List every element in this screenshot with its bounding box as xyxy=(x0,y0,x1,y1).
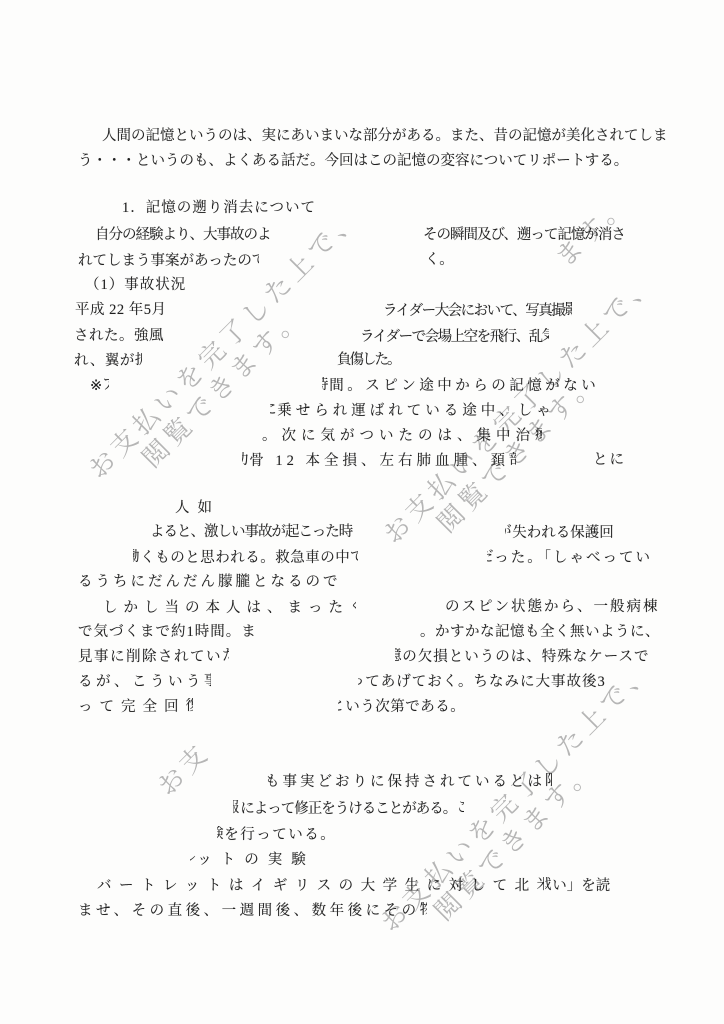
text-line-segment: しかし当の本人は、まったく xyxy=(103,599,356,617)
text-line-segment: 。次に気がついたのは、集中治療 xyxy=(262,427,542,445)
text-line-segment: 報によって修正をうけることがある。こ xyxy=(233,800,464,818)
text-line-segment: 見事に削除されていた xyxy=(78,648,229,666)
text-line-segment: ライダー大会において、写真撮影 xyxy=(383,302,572,320)
text-line-segment: で気づくまで約1時間。ま xyxy=(78,624,257,641)
clipped-character: 時 xyxy=(322,377,329,394)
clipped-character: ア xyxy=(102,377,109,394)
text-line-segment: 肋骨 12 本全損、左右肺血腫、頚部 xyxy=(242,452,516,470)
text-line-segment: 平成 22 年5月 xyxy=(75,302,167,319)
clipped-character: レ xyxy=(190,851,197,868)
text-line-segment: ってあげておく。ちなみに大事故後3 xyxy=(358,673,606,691)
watermark-text: お支 xyxy=(152,737,217,802)
clipped-character: っ xyxy=(358,673,365,690)
text-line-segment: 働くものと思われる。救急車の中で xyxy=(133,549,358,567)
document-page: お支払いを完了した上で、閲覧できます。お支払いを完了した上で、閲覧できます。ます… xyxy=(0,0,724,1024)
clipped-character: た xyxy=(222,648,229,665)
clipped-character: 復 xyxy=(186,698,193,715)
clipped-character: 事 xyxy=(204,673,211,690)
text-line-segment: るが、こういう事 xyxy=(78,673,211,691)
clipped-character: 験 xyxy=(217,826,224,843)
clipped-character: く xyxy=(349,599,356,616)
text-line-segment: ませ、その直後、一週間後、数年後にその物 xyxy=(78,902,427,920)
clipped-character: 報 xyxy=(233,800,240,817)
text-line-segment: に乗せられ運ばれている途中、しゃ xyxy=(270,402,555,420)
clipped-character: 気 xyxy=(542,328,549,345)
clipped-character: で xyxy=(350,549,357,566)
text-line-segment: 人間の記憶というのは、実にあいまいな部分がある。また、昔の記憶が美化されてしま xyxy=(102,128,668,145)
text-line-segment: という次第である。 xyxy=(338,698,465,716)
text-line-segment: とに xyxy=(593,452,626,469)
clipped-character: と xyxy=(338,698,345,715)
text-line-segment: （1）事故状況 xyxy=(85,277,186,294)
clipped-character: 憶 xyxy=(395,648,402,665)
text-line-segment: 人如 xyxy=(175,500,220,517)
text-line-segment: 自分の経験より、大事故のよ xyxy=(95,227,271,244)
clipped-character: 療 xyxy=(535,427,542,444)
text-line-segment: 戦い」を読 xyxy=(545,877,610,895)
text-line-segment: れてしまう事案があったので xyxy=(78,252,259,270)
text-line-segment: ※ア xyxy=(90,377,109,395)
clipped-character: 影 xyxy=(564,302,571,319)
text-line-segment: って完全回復 xyxy=(78,698,193,716)
text-line-segment: う・・・というのも、よくある話だ。今回はこの記憶の変容についてリポートする。 xyxy=(78,153,628,170)
clipped-character: 折 xyxy=(135,352,142,369)
clipped-character: で xyxy=(252,252,259,269)
text-line-segment: レットの実験 xyxy=(190,851,315,869)
clipped-character: 限 xyxy=(545,773,552,790)
clipped-character: 働 xyxy=(133,549,140,566)
clipped-character: 物 xyxy=(420,902,427,919)
clipped-character: だ xyxy=(487,549,494,566)
text-line-segment: も事実どおりに保持されているとは限 xyxy=(265,773,552,791)
text-line-segment: ライダーで会場上空を飛行、乱気 xyxy=(360,328,549,346)
text-line-segment: るうちにだんだん朦朧となるので xyxy=(78,574,341,591)
text-line-segment: 憶の欠損というのは、特殊なケースで xyxy=(395,648,650,666)
text-line-segment: された。強風 xyxy=(74,328,164,345)
text-line-segment: 負傷した。 xyxy=(337,352,400,369)
text-line-segment: が失われる保護回 xyxy=(505,524,614,542)
text-line-segment: その瞬間及び、遡って記憶が消さ xyxy=(423,227,625,244)
text-line-segment: 験を行っている。 xyxy=(217,826,336,844)
clipped-character: 部 xyxy=(509,452,516,469)
clipped-character: こ xyxy=(456,800,463,817)
clipped-character: に xyxy=(270,402,277,419)
text-line-segment: だった。「しゃべってい xyxy=(487,549,652,567)
text-line-segment: 。かすかな記憶も全く無いように、 xyxy=(420,624,660,641)
text-line-segment: のスピン状態から、一般病棟 xyxy=(445,599,660,616)
clipped-character: 戦 xyxy=(545,877,552,894)
text-line-segment: バートレットはイギリスの大学生に対して北米 xyxy=(97,877,544,895)
text-line-segment: 1．記憶の遡り消去について xyxy=(122,200,316,217)
text-line-segment: よると、激しい事故が起こった時 xyxy=(150,524,352,541)
clipped-character: 肋 xyxy=(242,452,249,469)
clipped-character: 米 xyxy=(537,877,544,894)
text-line-segment: 時間。スピン途中からの記憶がない xyxy=(322,377,599,395)
text-line-segment: く。 xyxy=(425,252,454,269)
clipped-character: が xyxy=(505,524,512,541)
text-line-segment: れ、翼が折 xyxy=(74,352,142,370)
